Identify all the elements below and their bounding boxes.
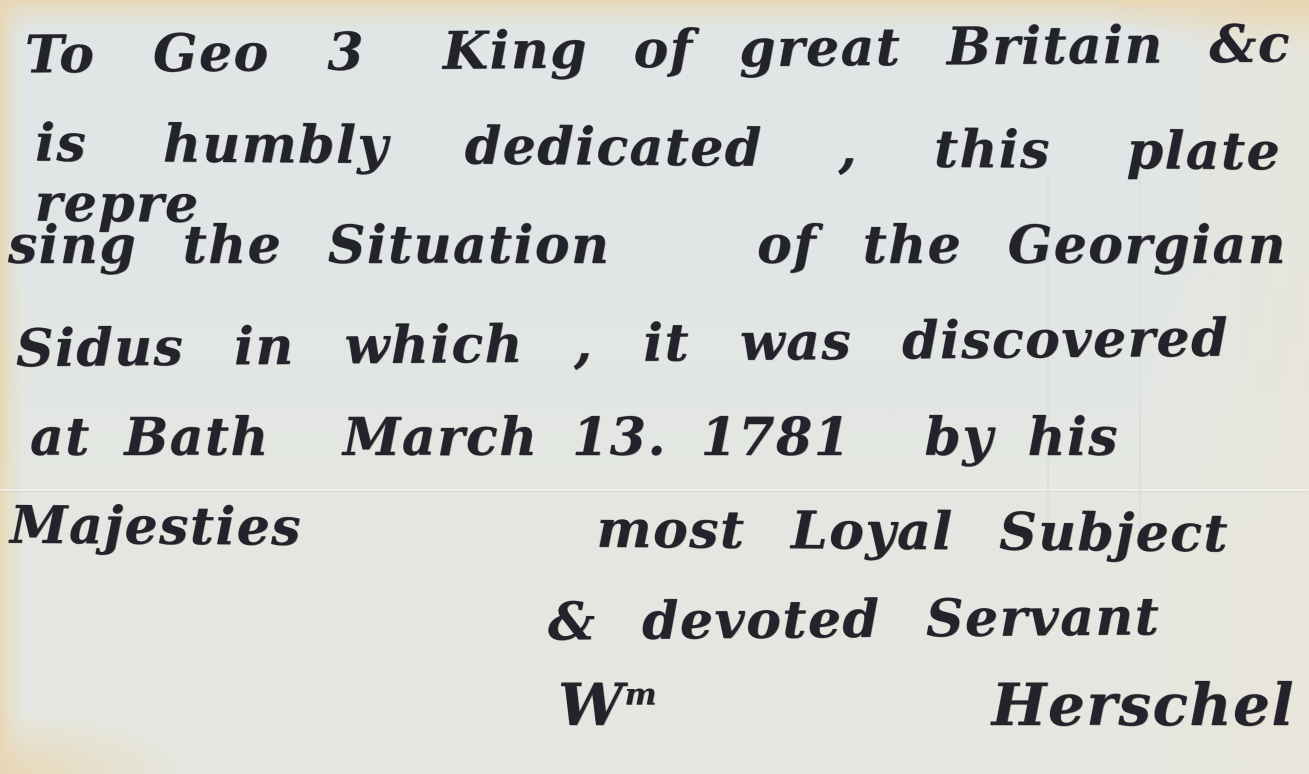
discovery-date-text: March 13. 1781 xyxy=(343,408,852,468)
signature: Wm Herschel xyxy=(558,672,1295,739)
manuscript-line-1: To Geo 3 King of great Britain &c xyxy=(25,14,1291,85)
manuscript-line-3: sing the Situation of the Georgian xyxy=(8,216,1287,276)
signature-surname: Herschel xyxy=(992,672,1295,739)
dedication-body-text: Sidus in which , it was discovered xyxy=(16,308,1229,380)
manuscript-line-5: at Bath March 13. 1781 by his xyxy=(30,408,1119,468)
discovery-place-text: at Bath xyxy=(30,408,270,468)
dedication-body-text: Majesties xyxy=(10,496,302,558)
manuscript-page: To Geo 3 King of great Britain &c is hum… xyxy=(0,0,1309,774)
manuscript-line-7: & devoted Servant xyxy=(548,587,1161,652)
dedication-body-text: by his xyxy=(924,408,1119,468)
dedication-body-text: most Loyal Subject xyxy=(596,500,1229,564)
manuscript-line-6: Majesties most Loyal Subject xyxy=(10,496,1229,564)
dedication-closing-text: & devoted Servant xyxy=(548,586,1161,652)
signature-initial: Wm xyxy=(558,672,658,739)
paper-fold-line xyxy=(0,489,1309,491)
manuscript-line-4: Sidus in which , it was discovered xyxy=(16,309,1229,379)
dedication-body-text: of the Georgian xyxy=(757,216,1287,276)
dedication-addressee-text: To Geo 3 xyxy=(25,23,365,86)
dedication-title-text: King of great Britain &c xyxy=(443,14,1292,81)
signature-superscript: m xyxy=(625,678,658,713)
signature-initial-letter: W xyxy=(558,671,625,739)
dedication-body-text: sing the Situation xyxy=(8,216,610,276)
